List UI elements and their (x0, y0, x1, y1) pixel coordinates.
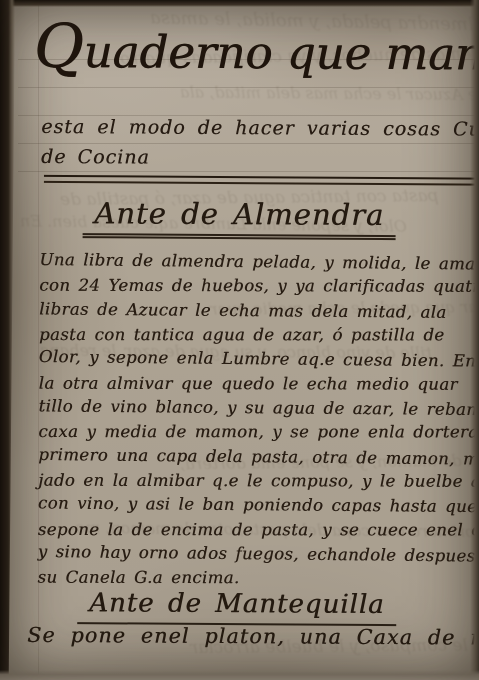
recipe-heading-almendra: Ante de Almendra (82, 196, 396, 240)
manuscript-line: con vino, y asi le ban poniendo capas ha… (38, 492, 473, 520)
manuscript-title: Quaderno que manifi~ (34, 13, 476, 86)
manuscript-photo: Una libra de almendra pelada, y molida, … (0, 0, 479, 680)
recipe-body-almendra: Una libra de almendra pelada, y molida, … (37, 249, 474, 592)
recipe-heading-wrap: Ante de Almendra (0, 196, 479, 241)
manuscript-line: caxa y media de mamon, y se pone enla do… (38, 420, 473, 445)
manuscript-content: Quaderno que manifi~ esta el modo de hac… (0, 0, 479, 680)
manuscript-line: Se pone enel platon, una Caxa de mamon (27, 623, 472, 650)
photo-edge-top (0, 0, 479, 7)
manuscript-line: con 24 Yemas de huebos, y ya clarificada… (39, 274, 474, 299)
manuscript-line: Olor, y sepone enla Lumbre aq.e cuesa bi… (39, 345, 474, 374)
photo-edge-right (470, 0, 479, 680)
recipe-heading-mantequilla: Ante de Mantequilla (77, 588, 397, 626)
manuscript-line: primero una capa dela pasta, otra de mam… (38, 443, 473, 472)
recipe-heading-wrap: Ante de Mantequilla (0, 588, 476, 627)
manuscript-subtitle-second-line: de Cocina (41, 146, 150, 169)
photo-edge-bottom (0, 670, 479, 680)
manuscript-line: jado en la almibar q.e le compuso, y le … (38, 469, 473, 494)
manuscript-line: libras de Azucar le echa mas dela mitad,… (39, 297, 474, 325)
manuscript-line: la otra almivar que quedo le echa medio … (39, 371, 474, 396)
manuscript-line: Una libra de almendra pelada, y molida, … (39, 248, 474, 277)
manuscript-line: sepone la de encima de pasta, y se cuece… (38, 518, 473, 543)
manuscript-line: pasta con tantica agua de azar, ó pastil… (39, 323, 474, 348)
manuscript-line: y sino hay orno ados fuegos, echandole d… (38, 540, 473, 569)
double-rule-divider (44, 175, 478, 186)
manuscript-line: tillo de vino blanco, y su agua de azar,… (38, 394, 473, 422)
manuscript-subtitle: esta el modo de hacer varias cosas Curio… (41, 116, 479, 141)
